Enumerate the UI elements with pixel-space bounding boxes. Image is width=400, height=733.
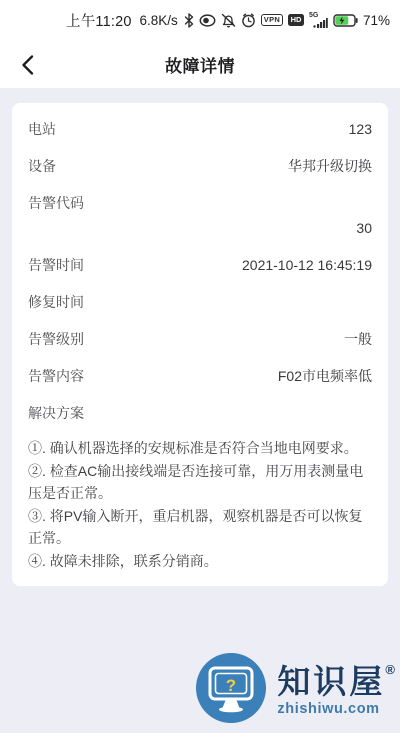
zhishiwu-logo-icon: ? [194, 651, 268, 730]
detail-rows: 电站123设备华邦升级切换告警代码30告警时间2021-10-12 16:45:… [28, 111, 372, 432]
field-value: 123 [349, 120, 372, 139]
fault-detail-card: 电站123设备华邦升级切换告警代码30告警时间2021-10-12 16:45:… [12, 103, 388, 586]
detail-row: 电站123 [28, 111, 372, 148]
status-bar: 上午11:20 6.8K/s VPN HD 5G 71% [0, 0, 400, 40]
detail-row: 设备华邦升级切换 [28, 148, 372, 185]
field-value: F02市电频率低 [278, 367, 372, 386]
hd-badge: HD [288, 14, 304, 26]
registered-mark: ® [385, 662, 395, 677]
field-label: 告警时间 [28, 256, 84, 275]
alarm-clock-icon [241, 13, 256, 28]
brand-name: 知识屋 [277, 664, 385, 700]
cell-signal-icon: 5G [309, 12, 328, 29]
field-value: 华邦升级切换 [288, 157, 372, 176]
battery-percent: 71% [363, 13, 390, 28]
field-value: 30 [28, 219, 372, 238]
solution-text: ①. 确认机器选择的安规标准是否符合当地电网要求。②. 检查AC输出接线端是否连… [28, 437, 372, 572]
detail-row: 告警级别一般 [28, 321, 372, 358]
field-label: 告警代码 [28, 194, 372, 213]
field-value: 一般 [344, 330, 372, 349]
solution-step: ③. 将PV输入断开，重启机器，观察机器是否可以恢复正常。 [28, 505, 372, 550]
field-value: 2021-10-12 16:45:19 [242, 256, 372, 275]
field-label: 修复时间 [28, 293, 84, 312]
field-label: 设备 [28, 157, 56, 176]
clock-time: 上午11:20 [66, 10, 132, 31]
bluetooth-icon [184, 13, 194, 28]
detail-row: 修复时间 [28, 284, 372, 321]
status-icons: 6.8K/s VPN HD 5G 71% [140, 12, 390, 29]
title-bar: 故障详情 [0, 40, 400, 88]
field-label: 解决方案 [28, 404, 84, 423]
page-title: 故障详情 [165, 52, 235, 77]
solution-step: ④. 故障未排除，联系分销商。 [28, 550, 372, 573]
field-label: 告警内容 [28, 367, 84, 386]
watermark-text: 知识屋 ® zhishiwu.com [277, 664, 395, 717]
detail-row: 告警内容F02市电频率低 [28, 358, 372, 395]
battery-charging-icon [333, 14, 358, 27]
data-saver-icon [199, 14, 216, 27]
brand-line: 知识屋 ® [277, 664, 395, 700]
detail-row: 告警时间2021-10-12 16:45:19 [28, 247, 372, 284]
back-button[interactable] [14, 52, 40, 78]
detail-row: 告警代码30 [28, 185, 372, 247]
brand-domain: zhishiwu.com [277, 701, 395, 717]
vpn-badge: VPN [261, 14, 283, 26]
network-speed: 6.8K/s [140, 13, 178, 28]
field-label: 告警级别 [28, 330, 84, 349]
svg-text:?: ? [226, 676, 236, 695]
detail-row: 解决方案 [28, 395, 372, 432]
page-content: 电站123设备华邦升级切换告警代码30告警时间2021-10-12 16:45:… [0, 88, 400, 586]
solution-step: ①. 确认机器选择的安规标准是否符合当地电网要求。 [28, 437, 372, 460]
mute-bell-icon [221, 13, 236, 28]
field-label: 电站 [28, 120, 56, 139]
solution-step: ②. 检查AC输出接线端是否连接可靠，用万用表测量电压是否正常。 [28, 460, 372, 505]
watermark: ? 知识屋 ® zhishiwu.com [194, 651, 395, 730]
